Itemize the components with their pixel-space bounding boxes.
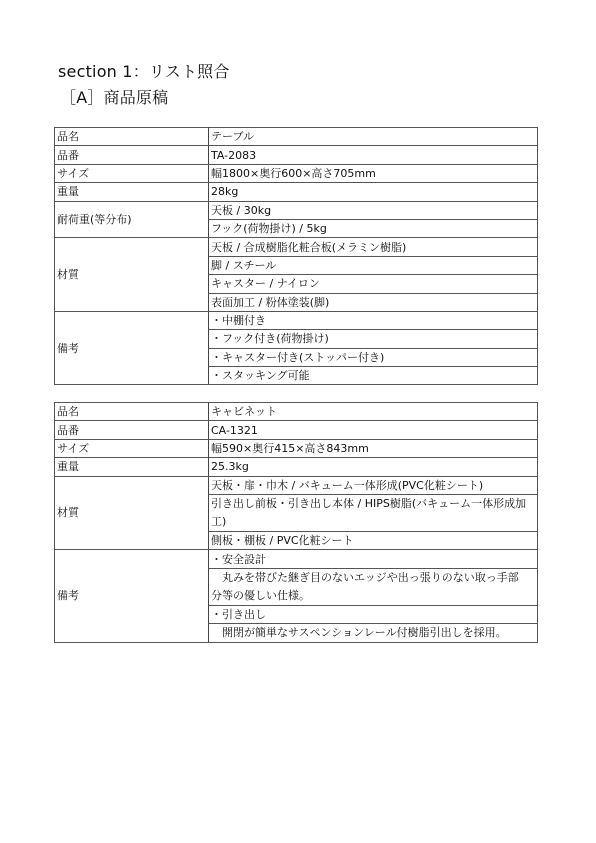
row-value: 幅590×奥行415×高さ843mm	[209, 439, 538, 457]
row-value: 側板・棚板 / PVC化粧シート	[209, 531, 538, 549]
row-value: ・安全設計	[209, 550, 538, 568]
row-value: フック(荷物掛け) / 5kg	[209, 219, 538, 237]
row-label: 備考	[55, 311, 209, 385]
row-value: 天板 / 合成樹脂化粧合板(メラミン樹脂)	[209, 238, 538, 256]
row-value: ・キャスター付き(ストッパー付き)	[209, 348, 538, 366]
row-label: サイズ	[55, 164, 209, 182]
row-value: ・中棚付き	[209, 311, 538, 329]
row-value: 丸みを帯びた継ぎ目のないエッジや出っ張りのない取っ手部分等の優しい仕様。	[209, 568, 538, 605]
table-row-name: 品名 キャビネット	[55, 403, 538, 421]
row-value: 脚 / スチール	[209, 256, 538, 274]
table-row-name: 品名 テーブル	[55, 128, 538, 146]
product-spec-table-table: 品名 テーブル 品番 TA-2083 サイズ 幅1800×奥行600×高さ705…	[54, 127, 538, 385]
row-label: 耐荷重(等分布)	[55, 201, 209, 238]
row-label: 材質	[55, 476, 209, 550]
row-value: TA-2083	[209, 146, 538, 164]
table-row-code: 品番 CA-1321	[55, 421, 538, 439]
table-row-weight: 重量 28kg	[55, 183, 538, 201]
row-value: 天板 / 30kg	[209, 201, 538, 219]
table-row-notes: 備考 ・中棚付き	[55, 311, 538, 329]
row-value: ・フック付き(荷物掛け)	[209, 330, 538, 348]
row-label: サイズ	[55, 439, 209, 457]
subsection-title: ［A］商品原稿	[60, 88, 168, 108]
table-row-load: 耐荷重(等分布) 天板 / 30kg	[55, 201, 538, 219]
row-value: ・スタッキング可能	[209, 367, 538, 385]
row-label: 重量	[55, 183, 209, 201]
row-label: 材質	[55, 238, 209, 312]
table-row-material: 材質 天板・扉・巾木 / バキューム一体形成(PVC化粧シート)	[55, 476, 538, 494]
row-value: テーブル	[209, 128, 538, 146]
product-spec-table-cabinet: 品名 キャビネット 品番 CA-1321 サイズ 幅590×奥行415×高さ84…	[54, 402, 538, 643]
row-value: キャスター / ナイロン	[209, 275, 538, 293]
row-value: ・引き出し	[209, 605, 538, 623]
row-value: 幅1800×奥行600×高さ705mm	[209, 164, 538, 182]
table-row-code: 品番 TA-2083	[55, 146, 538, 164]
row-label: 備考	[55, 550, 209, 642]
table-row-weight: 重量 25.3kg	[55, 458, 538, 476]
row-value: 引き出し前板・引き出し本体 / HIPS樹脂(バキューム一体形成加工)	[209, 494, 538, 531]
section-title: section 1：リスト照合	[58, 62, 230, 82]
row-value: 28kg	[209, 183, 538, 201]
row-value: CA-1321	[209, 421, 538, 439]
table-row-material: 材質 天板 / 合成樹脂化粧合板(メラミン樹脂)	[55, 238, 538, 256]
row-label: 重量	[55, 458, 209, 476]
row-label: 品名	[55, 403, 209, 421]
row-label: 品名	[55, 128, 209, 146]
row-label: 品番	[55, 421, 209, 439]
row-value: 開閉が簡単なサスペンションレール付樹脂引出しを採用。	[209, 624, 538, 642]
table-row-size: サイズ 幅590×奥行415×高さ843mm	[55, 439, 538, 457]
table-row-notes: 備考 ・安全設計	[55, 550, 538, 568]
row-value: 天板・扉・巾木 / バキューム一体形成(PVC化粧シート)	[209, 476, 538, 494]
row-value: キャビネット	[209, 403, 538, 421]
row-value: 表面加工 / 粉体塗装(脚)	[209, 293, 538, 311]
table-row-size: サイズ 幅1800×奥行600×高さ705mm	[55, 164, 538, 182]
row-label: 品番	[55, 146, 209, 164]
row-value: 25.3kg	[209, 458, 538, 476]
